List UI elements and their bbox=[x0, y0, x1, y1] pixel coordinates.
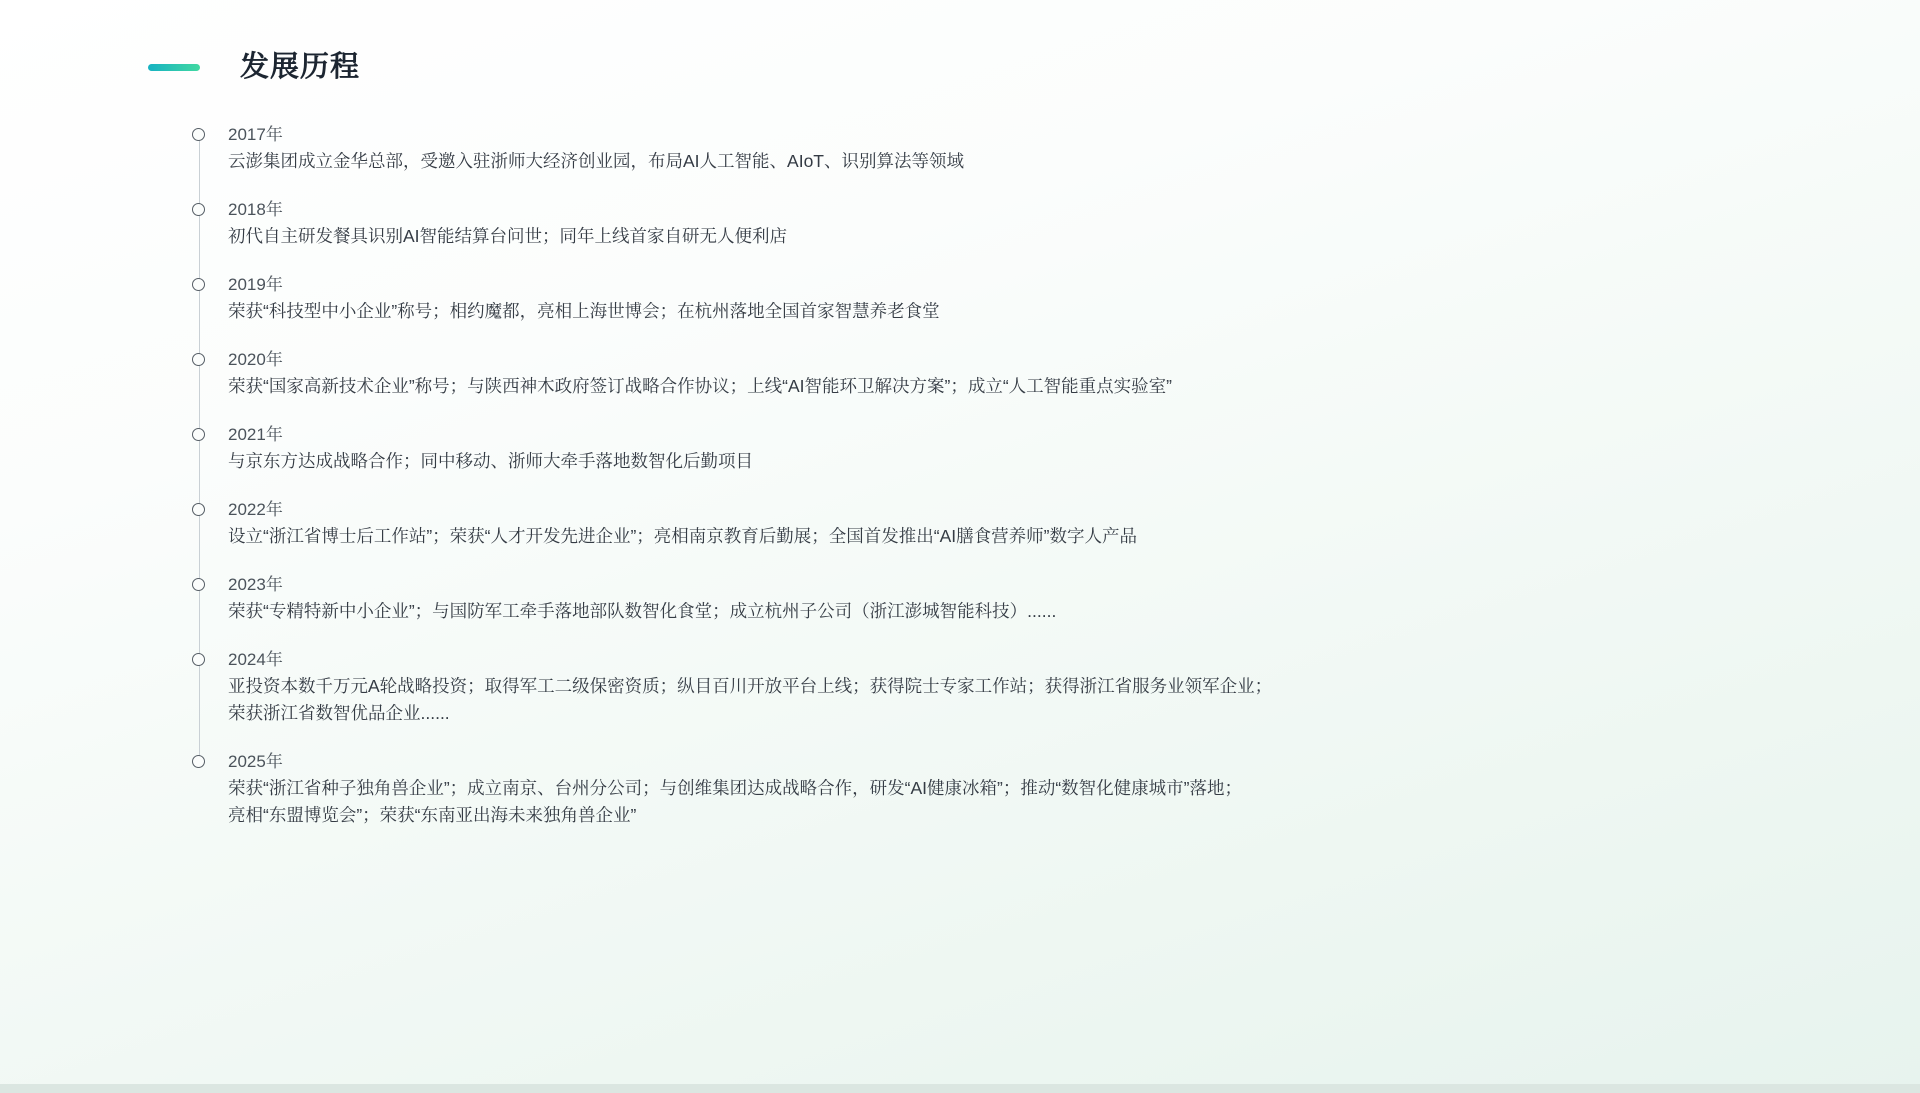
timeline-description-line: 荣获“国家高新技术企业”称号；与陕西神木政府签订战略合作协议；上线“AI智能环卫… bbox=[228, 373, 1272, 400]
timeline-description: 亚投资本数千万元A轮战略投资；取得军工二级保密资质；纵目百川开放平台上线；获得院… bbox=[228, 673, 1272, 727]
timeline-node-icon bbox=[192, 353, 205, 366]
timeline-year: 2019年 bbox=[228, 271, 1272, 298]
timeline-description: 与京东方达成战略合作；同中移动、浙师大牵手落地数智化后勤项目 bbox=[228, 448, 1272, 475]
timeline-description-line: 初代自主研发餐具识别AI智能结算台问世；同年上线首家自研无人便利店 bbox=[228, 223, 1272, 250]
timeline-item: 2020年 荣获“国家高新技术企业”称号；与陕西神木政府签订战略合作协议；上线“… bbox=[192, 346, 1272, 400]
timeline-node-icon bbox=[192, 578, 205, 591]
timeline-item: 2025年 荣获“浙江省种子独角兽企业”；成立南京、台州分公司；与创维集团达成战… bbox=[192, 748, 1272, 829]
timeline-description: 荣获“专精特新中小企业”；与国防军工牵手落地部队数智化食堂；成立杭州子公司（浙江… bbox=[228, 598, 1272, 625]
timeline-description: 荣获“科技型中小企业”称号；相约魔都，亮相上海世博会；在杭州落地全国首家智慧养老… bbox=[228, 298, 1272, 325]
timeline-description: 初代自主研发餐具识别AI智能结算台问世；同年上线首家自研无人便利店 bbox=[228, 223, 1272, 250]
bottom-strip bbox=[0, 1084, 1920, 1093]
timeline-year: 2018年 bbox=[228, 196, 1272, 223]
timeline-description-line: 亮相“东盟博览会”；荣获“东南亚出海未来独角兽企业” bbox=[228, 802, 1272, 829]
timeline-description: 荣获“国家高新技术企业”称号；与陕西神木政府签订战略合作协议；上线“AI智能环卫… bbox=[228, 373, 1272, 400]
timeline-item: 2019年 荣获“科技型中小企业”称号；相约魔都，亮相上海世博会；在杭州落地全国… bbox=[192, 271, 1272, 325]
timeline-description-line: 设立“浙江省博士后工作站”；荣获“人才开发先进企业”；亮相南京教育后勤展；全国首… bbox=[228, 523, 1272, 550]
timeline: 2017年 云澎集团成立金华总部，受邀入驻浙师大经济创业园，布局AI人工智能、A… bbox=[192, 121, 1272, 850]
timeline-description-line: 荣获“专精特新中小企业”；与国防军工牵手落地部队数智化食堂；成立杭州子公司（浙江… bbox=[228, 598, 1272, 625]
timeline-item: 2021年 与京东方达成战略合作；同中移动、浙师大牵手落地数智化后勤项目 bbox=[192, 421, 1272, 475]
timeline-year: 2020年 bbox=[228, 346, 1272, 373]
timeline-year: 2023年 bbox=[228, 571, 1272, 598]
timeline-node-icon bbox=[192, 503, 205, 516]
timeline-description: 云澎集团成立金华总部，受邀入驻浙师大经济创业园，布局AI人工智能、AIoT、识别… bbox=[228, 148, 1272, 175]
timeline-node-icon bbox=[192, 653, 205, 666]
timeline-description-line: 荣获“科技型中小企业”称号；相约魔都，亮相上海世博会；在杭州落地全国首家智慧养老… bbox=[228, 298, 1272, 325]
timeline-item: 2018年 初代自主研发餐具识别AI智能结算台问世；同年上线首家自研无人便利店 bbox=[192, 196, 1272, 250]
timeline-description-line: 云澎集团成立金华总部，受邀入驻浙师大经济创业园，布局AI人工智能、AIoT、识别… bbox=[228, 148, 1272, 175]
timeline-description: 荣获“浙江省种子独角兽企业”；成立南京、台州分公司；与创维集团达成战略合作，研发… bbox=[228, 775, 1272, 829]
timeline-node-icon bbox=[192, 278, 205, 291]
timeline-year: 2025年 bbox=[228, 748, 1272, 775]
timeline-year: 2021年 bbox=[228, 421, 1272, 448]
timeline-node-icon bbox=[192, 128, 205, 141]
timeline-node-icon bbox=[192, 203, 205, 216]
timeline-description-line: 与京东方达成战略合作；同中移动、浙师大牵手落地数智化后勤项目 bbox=[228, 448, 1272, 475]
section-header: 发展历程 bbox=[148, 51, 360, 83]
timeline-item: 2022年 设立“浙江省博士后工作站”；荣获“人才开发先进企业”；亮相南京教育后… bbox=[192, 496, 1272, 550]
timeline-node-icon bbox=[192, 755, 205, 768]
timeline-year: 2017年 bbox=[228, 121, 1272, 148]
timeline-description-line: 荣获浙江省数智优品企业...... bbox=[228, 700, 1272, 727]
timeline-year: 2022年 bbox=[228, 496, 1272, 523]
timeline-item: 2023年 荣获“专精特新中小企业”；与国防军工牵手落地部队数智化食堂；成立杭州… bbox=[192, 571, 1272, 625]
timeline-item: 2024年 亚投资本数千万元A轮战略投资；取得军工二级保密资质；纵目百川开放平台… bbox=[192, 646, 1272, 727]
page-title: 发展历程 bbox=[240, 51, 360, 83]
title-dash-icon bbox=[148, 64, 200, 71]
timeline-description-line: 荣获“浙江省种子独角兽企业”；成立南京、台州分公司；与创维集团达成战略合作，研发… bbox=[228, 775, 1272, 802]
timeline-node-icon bbox=[192, 428, 205, 441]
timeline-item: 2017年 云澎集团成立金华总部，受邀入驻浙师大经济创业园，布局AI人工智能、A… bbox=[192, 121, 1272, 175]
timeline-description-line: 亚投资本数千万元A轮战略投资；取得军工二级保密资质；纵目百川开放平台上线；获得院… bbox=[228, 673, 1272, 700]
timeline-description: 设立“浙江省博士后工作站”；荣获“人才开发先进企业”；亮相南京教育后勤展；全国首… bbox=[228, 523, 1272, 550]
timeline-year: 2024年 bbox=[228, 646, 1272, 673]
